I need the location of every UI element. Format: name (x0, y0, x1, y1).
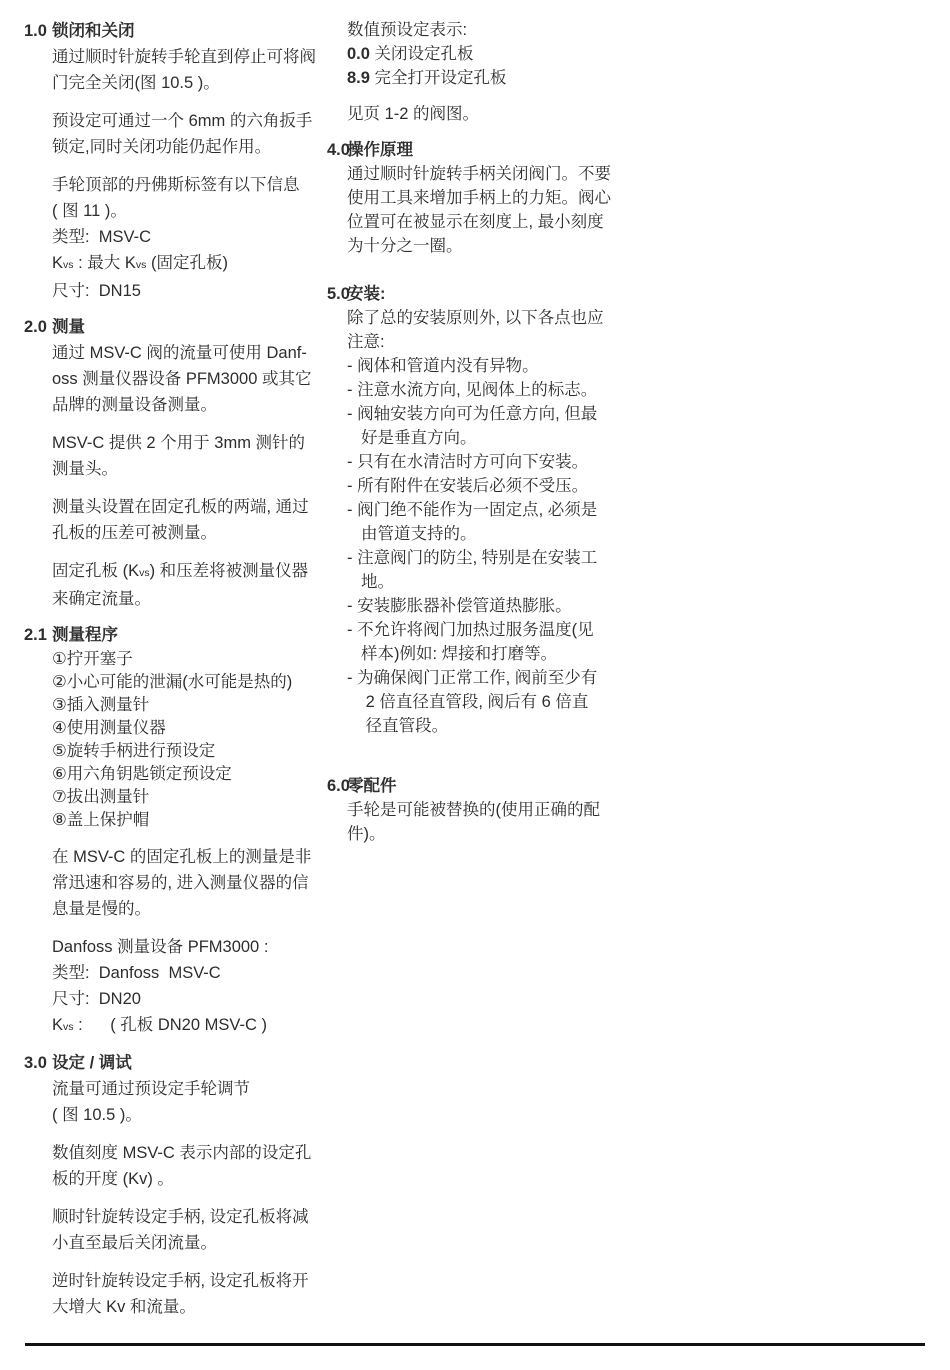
text-line: 锁定,同时关闭功能仍起作用。 (52, 134, 326, 160)
text-line: 数值预设定表示: (347, 18, 637, 42)
paragraph: 逆时针旋转设定手柄, 设定孔板将开大增大 Kv 和流量。 (52, 1268, 326, 1320)
paragraph: 固定孔板 (Kvs) 和压差将被测量仪器来确定流量。 (52, 558, 326, 612)
section-number: 2.1 (24, 622, 52, 648)
text-line: ②小心可能的泄漏(水可能是热的) (52, 671, 326, 694)
column-left: 1.0锁闭和关闭通过顺时针旋转手轮直到停止可将阀门完全关闭(图 10.5 )。预… (24, 18, 326, 1320)
text-line: 2 倍直径直管段, 阀后有 6 倍直 (361, 690, 637, 714)
text-line: 位置可在被显示在刻度上, 最小刻度 (347, 210, 637, 234)
paragraph: 手轮是可能被替换的(使用正确的配件)。 (347, 798, 637, 846)
text-line: 除了总的安装原则外, 以下各点也应 (347, 306, 637, 330)
text-line: - 阀门绝不能作为一固定点, 必须是 (347, 498, 637, 522)
text-line: ⑦拔出测量针 (52, 786, 326, 809)
text-line: - 注意水流方向, 见阀体上的标志。 (347, 378, 637, 402)
text-line: ⑧盖上保护帽 (52, 809, 326, 832)
section-number: 3.0 (24, 1050, 52, 1076)
text-line: 使用工具来增加手柄上的力矩。阀心 (347, 186, 637, 210)
section-number: 6.0 (327, 774, 347, 798)
text-segment: 固定孔板 (K (52, 562, 139, 580)
section-body: ①拧开塞子②小心可能的泄漏(水可能是热的)③插入测量针④使用测量仪器⑤旋转手柄进… (24, 648, 326, 1040)
section-heading: 6.0零配件 (327, 774, 637, 798)
text-line: 常迅速和容易的, 进入测量仪器的信 (52, 870, 326, 896)
text-line: - 不允许将阀门加热过服务温度(见 (347, 618, 637, 642)
text-line: 小直至最后关闭流量。 (52, 1230, 326, 1256)
text-line: - 只有在水清洁时方可向下安装。 (347, 450, 637, 474)
text-line: MSV-C 提供 2 个用于 3mm 测针的 (52, 430, 326, 456)
text-segment: : 最大 K (74, 254, 136, 272)
bullet-item: - 为确保阀门正常工作, 阀前至少有 2 倍直径直管段, 阀后有 6 倍直 径直… (347, 666, 637, 738)
paragraph: 流量可通过预设定手轮调节( 图 10.5 )。 (52, 1076, 326, 1128)
text-segment: 8.9 (347, 69, 370, 87)
text-segment: : ( 孔板 DN20 MSV-C ) (74, 1016, 267, 1034)
section-heading: 3.0设定 / 调试 (24, 1050, 326, 1076)
text-line: 通过顺时针旋转手柄关闭阀门。不要 (347, 162, 637, 186)
text-line: - 为确保阀门正常工作, 阀前至少有 (347, 666, 637, 690)
text-segment: 0.0 (347, 45, 370, 63)
bullet-item: - 不允许将阀门加热过服务温度(见样本)例如: 焊接和打磨等。 (347, 618, 637, 666)
text-line: 息量是慢的。 (52, 896, 326, 922)
paragraph: 测量头设置在固定孔板的两端, 通过孔板的压差可被测量。 (52, 494, 326, 546)
section-number: 2.0 (24, 314, 52, 340)
bullet-item: - 注意水流方向, 见阀体上的标志。 (347, 378, 637, 402)
text-line: 手轮顶部的丹佛斯标签有以下信息 (52, 172, 326, 198)
text-line: - 注意阀门的防尘, 特别是在安装工 (347, 546, 637, 570)
bullet-item: - 阀体和管道内没有异物。 (347, 354, 637, 378)
document-page: 1.0锁闭和关闭通过顺时针旋转手轮直到停止可将阀门完全关闭(图 10.5 )。预… (0, 0, 950, 1370)
section-title: 安装: (347, 282, 386, 306)
bullet-item: - 安装膨胀器补偿管道热膨胀。 (347, 594, 637, 618)
text-line: - 安装膨胀器补偿管道热膨胀。 (347, 594, 637, 618)
paragraph: MSV-C 提供 2 个用于 3mm 测针的测量头。 (52, 430, 326, 482)
procedure-list: ①拧开塞子②小心可能的泄漏(水可能是热的)③插入测量针④使用测量仪器⑤旋转手柄进… (52, 648, 326, 832)
section-body: 数值预设定表示:0.0 关闭设定孔板8.9 完全打开设定孔板见页 1-2 的阀图… (327, 18, 637, 126)
text-line: 尺寸: DN20 (52, 986, 326, 1012)
section-title: 测量程序 (52, 622, 118, 648)
section-body: 通过 MSV-C 阀的流量可使用 Danf-oss 测量仪器设备 PFM3000… (24, 340, 326, 612)
text-line: ④使用测量仪器 (52, 717, 326, 740)
text-segment: 关闭设定孔板 (370, 45, 474, 63)
section-heading: 4.0操作原理 (327, 138, 637, 162)
section-4.0: 4.0操作原理通过顺时针旋转手柄关闭阀门。不要使用工具来增加手柄上的力矩。阀心位… (327, 138, 637, 258)
text-line: 测量头设置在固定孔板的两端, 通过 (52, 494, 326, 520)
text-line: 数值刻度 MSV-C 表示内部的设定孔 (52, 1140, 326, 1166)
text-line: 大增大 Kv 和流量。 (52, 1294, 326, 1320)
text-line: ③插入测量针 (52, 694, 326, 717)
paragraph: 通过顺时针旋转手柄关闭阀门。不要使用工具来增加手柄上的力矩。阀心位置可在被显示在… (347, 162, 637, 258)
section-body: 流量可通过预设定手轮调节( 图 10.5 )。数值刻度 MSV-C 表示内部的设… (24, 1076, 326, 1320)
text-segment: ) 和压差将被测量仪器 (150, 562, 309, 580)
section-body: 手轮是可能被替换的(使用正确的配件)。 (327, 798, 637, 846)
text-segment: 完全打开设定孔板 (370, 69, 507, 87)
text-line: 流量可通过预设定手轮调节 (52, 1076, 326, 1102)
paragraph: 除了总的安装原则外, 以下各点也应注意: (347, 306, 637, 354)
text-line: 注意: (347, 330, 637, 354)
section-3.0: 3.0设定 / 调试流量可通过预设定手轮调节( 图 10.5 )。数值刻度 MS… (24, 1050, 326, 1320)
text-segment: vs (139, 567, 150, 579)
section-heading: 2.0测量 (24, 314, 326, 340)
text-line: 板的开度 (Kv) 。 (52, 1166, 326, 1192)
section-body: 除了总的安装原则外, 以下各点也应注意:- 阀体和管道内没有异物。- 注意水流方… (327, 306, 637, 738)
text-segment: (固定孔板) (146, 254, 228, 272)
text-line: 通过 MSV-C 阀的流量可使用 Danf- (52, 340, 326, 366)
section-title: 锁闭和关闭 (52, 18, 135, 44)
paragraph: 预设定可通过一个 6mm 的六角扳手锁定,同时关闭功能仍起作用。 (52, 108, 326, 160)
paragraph: Danfoss 测量设备 PFM3000 :类型: Danfoss MSV-C尺… (52, 934, 326, 1040)
paragraph: 见页 1-2 的阀图。 (347, 102, 637, 126)
text-line: 样本)例如: 焊接和打磨等。 (361, 642, 637, 666)
section-2.1: 2.1测量程序①拧开塞子②小心可能的泄漏(水可能是热的)③插入测量针④使用测量仪… (24, 622, 326, 1040)
text-line: 测量头。 (52, 456, 326, 482)
section-heading: 5.0安装: (327, 282, 637, 306)
text-line: 预设定可通过一个 6mm 的六角扳手 (52, 108, 326, 134)
text-line: 径直管段。 (361, 714, 637, 738)
section-heading: 1.0锁闭和关闭 (24, 18, 326, 44)
text-segment: vs (136, 259, 147, 271)
paragraph: 通过 MSV-C 阀的流量可使用 Danf-oss 测量仪器设备 PFM3000… (52, 340, 326, 418)
text-line: 为十分之一圈。 (347, 234, 637, 258)
bullet-item: - 只有在水清洁时方可向下安装。 (347, 450, 637, 474)
text-line: 固定孔板 (Kvs) 和压差将被测量仪器 (52, 558, 326, 586)
text-line: ⑥用六角钥匙锁定预设定 (52, 763, 326, 786)
text-segment: K (52, 1016, 63, 1034)
section-2.0: 2.0测量通过 MSV-C 阀的流量可使用 Danf-oss 测量仪器设备 PF… (24, 314, 326, 612)
text-line: oss 测量仪器设备 PFM3000 或其它 (52, 366, 326, 392)
paragraph: 顺时针旋转设定手柄, 设定孔板将减小直至最后关闭流量。 (52, 1204, 326, 1256)
text-line: 逆时针旋转设定手柄, 设定孔板将开 (52, 1268, 326, 1294)
section-body: 通过顺时针旋转手柄关闭阀门。不要使用工具来增加手柄上的力矩。阀心位置可在被显示在… (327, 162, 637, 258)
column-right: 数值预设定表示:0.0 关闭设定孔板8.9 完全打开设定孔板见页 1-2 的阀图… (327, 18, 637, 846)
text-line: 在 MSV-C 的固定孔板上的测量是非 (52, 844, 326, 870)
section-5.0: 5.0安装:除了总的安装原则外, 以下各点也应注意:- 阀体和管道内没有异物。-… (327, 282, 637, 738)
bullet-item: - 阀轴安装方向可为任意方向, 但最好是垂直方向。 (347, 402, 637, 450)
text-segment: vs (63, 259, 74, 271)
text-line: ⑤旋转手柄进行预设定 (52, 740, 326, 763)
text-line: Danfoss 测量设备 PFM3000 : (52, 934, 326, 960)
text-line: 件)。 (347, 822, 637, 846)
text-line: 见页 1-2 的阀图。 (347, 102, 637, 126)
paragraph: 通过顺时针旋转手轮直到停止可将阀门完全关闭(图 10.5 )。 (52, 44, 326, 96)
section-title: 零配件 (347, 774, 397, 798)
section-1.0: 1.0锁闭和关闭通过顺时针旋转手轮直到停止可将阀门完全关闭(图 10.5 )。预… (24, 18, 326, 304)
section-title: 测量 (52, 314, 85, 340)
paragraph: 数值预设定表示:0.0 关闭设定孔板8.9 完全打开设定孔板 (347, 18, 637, 90)
footer-rule (25, 1343, 925, 1346)
text-line: 门完全关闭(图 10.5 )。 (52, 70, 326, 96)
text-line: - 阀体和管道内没有异物。 (347, 354, 637, 378)
bullet-item: - 所有附件在安装后必须不受压。 (347, 474, 637, 498)
section-title: 设定 / 调试 (52, 1050, 132, 1076)
text-line: 品牌的测量设备测量。 (52, 392, 326, 418)
text-line: Kvs : 最大 Kvs (固定孔板) (52, 250, 326, 278)
section-number: 4.0 (327, 138, 347, 162)
text-line: ( 图 11 )。 (52, 198, 326, 224)
section-6.0: 6.0零配件手轮是可能被替换的(使用正确的配件)。 (327, 774, 637, 846)
text-line: 0.0 关闭设定孔板 (347, 42, 637, 66)
paragraph: 手轮顶部的丹佛斯标签有以下信息( 图 11 )。类型: MSV-CKvs : 最… (52, 172, 326, 304)
section-title: 操作原理 (347, 138, 413, 162)
text-line: Kvs : ( 孔板 DN20 MSV-C ) (52, 1012, 326, 1040)
text-line: ( 图 10.5 )。 (52, 1102, 326, 1128)
installation-notes-list: - 阀体和管道内没有异物。- 注意水流方向, 见阀体上的标志。- 阀轴安装方向可… (347, 354, 637, 738)
text-line: 类型: MSV-C (52, 224, 326, 250)
section-body: 通过顺时针旋转手轮直到停止可将阀门完全关闭(图 10.5 )。预设定可通过一个 … (24, 44, 326, 304)
text-segment: vs (63, 1021, 74, 1033)
text-line: 孔板的压差可被测量。 (52, 520, 326, 546)
paragraph: 数值刻度 MSV-C 表示内部的设定孔板的开度 (Kv) 。 (52, 1140, 326, 1192)
text-line: - 阀轴安装方向可为任意方向, 但最 (347, 402, 637, 426)
text-line: 由管道支持的。 (361, 522, 637, 546)
text-line: 来确定流量。 (52, 586, 326, 612)
text-line: 地。 (361, 570, 637, 594)
text-line: 好是垂直方向。 (361, 426, 637, 450)
section-number: 5.0 (327, 282, 347, 306)
text-line: 手轮是可能被替换的(使用正确的配 (347, 798, 637, 822)
section-continued: 数值预设定表示:0.0 关闭设定孔板8.9 完全打开设定孔板见页 1-2 的阀图… (327, 18, 637, 126)
section-heading: 2.1测量程序 (24, 622, 326, 648)
text-segment: K (52, 254, 63, 272)
paragraph: 在 MSV-C 的固定孔板上的测量是非常迅速和容易的, 进入测量仪器的信息量是慢… (52, 844, 326, 922)
bullet-item: - 注意阀门的防尘, 特别是在安装工地。 (347, 546, 637, 594)
bullet-item: - 阀门绝不能作为一固定点, 必须是由管道支持的。 (347, 498, 637, 546)
text-line: 8.9 完全打开设定孔板 (347, 66, 637, 90)
text-line: - 所有附件在安装后必须不受压。 (347, 474, 637, 498)
section-number: 1.0 (24, 18, 52, 44)
text-line: 类型: Danfoss MSV-C (52, 960, 326, 986)
text-line: 尺寸: DN15 (52, 278, 326, 304)
text-line: 通过顺时针旋转手轮直到停止可将阀 (52, 44, 326, 70)
text-line: ①拧开塞子 (52, 648, 326, 671)
text-line: 顺时针旋转设定手柄, 设定孔板将减 (52, 1204, 326, 1230)
